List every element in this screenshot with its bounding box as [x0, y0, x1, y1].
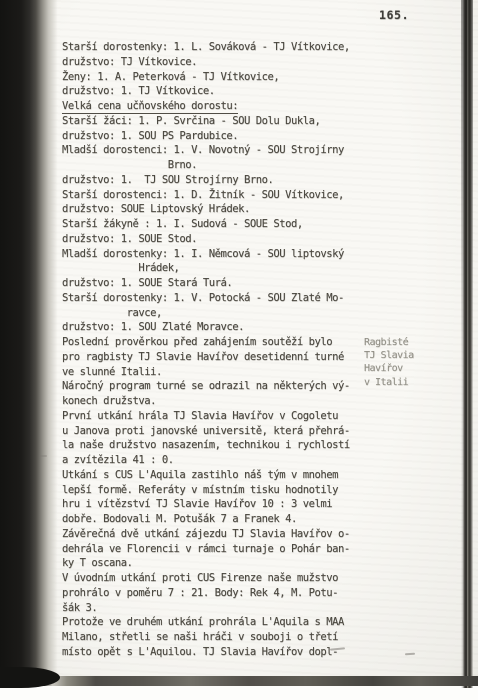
text-line: Velká cena učňovského dorostu:	[62, 99, 350, 114]
book-gutter-shadow	[0, 0, 62, 676]
text-line: u Janova proti janovské universitě, kter…	[62, 424, 350, 439]
text-line: Závěrečná dvě utkání zájezdu TJ Slavia H…	[62, 527, 350, 542]
text-line: místo opět s L'Aquilou. TJ Slavia Havířo…	[62, 645, 350, 660]
text-line: Starší dorostenci: 1. D. Žitník - SOU Ví…	[62, 188, 350, 203]
text-line: v Italii	[364, 376, 414, 389]
text-line: V úvodním utkání proti CUS Firenze naše …	[62, 571, 350, 586]
text-line: družstvo: 1. TJ SOU Strojírny Brno.	[62, 173, 350, 188]
text-line: Poslední prověrkou před zahájením soutěž…	[62, 335, 350, 350]
text-line: lepší formě. Referáty v místním tisku ho…	[62, 483, 350, 498]
text-line: ve slunné Italii.	[62, 365, 350, 380]
text-line: družstvo: 1. SOUE Stod.	[62, 232, 350, 247]
text-line: Hrádek,	[62, 261, 350, 276]
text-line: Starší žáci: 1. P. Svrčina - SOU Dolu Du…	[62, 114, 350, 129]
text-line: družstvo: SOUE Liptovský Hrádek.	[62, 202, 350, 217]
text-line: Milano, střetli se naši hráči v souboji …	[62, 630, 350, 645]
text-line: družstvo: 1. SOU PS Pardubice.	[62, 129, 350, 144]
text-line: šák 3.	[62, 601, 350, 616]
text-line: družstvo: 1. SOUE Stará Turá.	[62, 276, 350, 291]
typewritten-body: Starší dorostenky: 1. L. Sováková - TJ V…	[62, 40, 350, 660]
text-line: Starší dorostenky: 1. V. Potocká - SOU Z…	[62, 291, 350, 306]
margin-note: RagbistéTJ SlaviaHavířovv Italii	[364, 336, 414, 389]
text-line: ky T oscana.	[62, 556, 350, 571]
text-line: a zvítězila 41 : 0.	[62, 453, 350, 468]
text-line: prohrálo v poměru 7 : 21. Body: Rek 4, M…	[62, 586, 350, 601]
text-line: la naše družstvo nasazením, technikou i …	[62, 438, 350, 453]
page-right-edge	[461, 0, 473, 688]
text-line: Mladší dorostenci: 1. V. Novotný - SOU S…	[62, 143, 350, 158]
text-line: hru i vítězství TJ Slavie Havířov 10 : 3…	[62, 497, 350, 512]
text-line: dobře. Bodovali M. Potušák 7 a Franek 4.	[62, 512, 350, 527]
text-line: TJ Slavia	[364, 349, 414, 362]
text-line: Náročný program turné se odrazil na někt…	[62, 379, 350, 394]
text-line: ravce,	[62, 306, 350, 321]
text-line: Starší žákyně : 1. I. Sudová - SOUE Stod…	[62, 217, 350, 232]
text-line: Protože ve druhém utkání prohrála L'Aqui…	[62, 615, 350, 630]
scan-artifact	[40, 455, 47, 457]
page-number: 165.	[379, 8, 409, 22]
text-line: dehrála ve Florencii v rámci turnaje o P…	[62, 542, 350, 557]
text-line: družstvo: TJ Vítkovice.	[62, 55, 350, 70]
text-line: pro ragbisty TJ Slavie Havířov desetiden…	[62, 350, 350, 365]
text-line: První utkání hrála TJ Slavia Havířov v C…	[62, 409, 350, 424]
text-line: Starší dorostenky: 1. L. Sováková - TJ V…	[62, 40, 350, 55]
text-line: Havířov	[364, 362, 414, 375]
text-line: Ženy: 1. A. Peterková - TJ Vítkovice,	[62, 70, 350, 85]
page-bottom-edge	[0, 676, 478, 686]
text-line: Utkání s CUS L'Aquila zastihlo náš tým v…	[62, 468, 350, 483]
text-line: Mladší dorostenky: 1. I. Němcová - SOU l…	[62, 247, 350, 262]
scanned-page: 165. Starší dorostenky: 1. L. Sováková -…	[0, 0, 478, 700]
text-line: Brno.	[62, 158, 350, 173]
text-line: družstvo: 1. SOU Zlaté Moravce.	[62, 320, 350, 335]
text-line: konech družstva.	[62, 394, 350, 409]
text-line: družstvo: 1. TJ Vítkovice.	[62, 84, 350, 99]
text-line: Ragbisté	[364, 336, 414, 349]
